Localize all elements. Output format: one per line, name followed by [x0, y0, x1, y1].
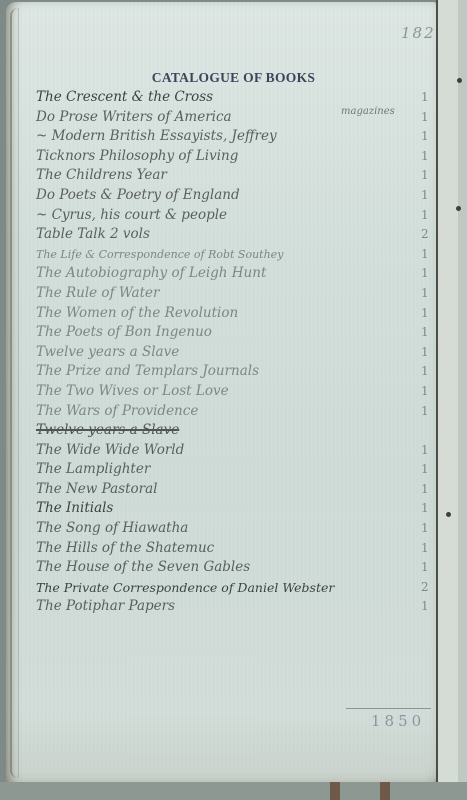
list-item: The Private Correspondence of Daniel Web… — [36, 578, 431, 598]
page-heading: CATALOGUE OF BOOKS — [0, 70, 467, 86]
list-item: The Wars of Providence1 — [36, 402, 431, 422]
list-item: The Initials1 — [36, 499, 431, 519]
list-item: The Life & Correspondence of Robt Southe… — [36, 245, 431, 265]
ink-blot-icon — [446, 512, 451, 517]
list-item: The Autobiography of Leigh Hunt1 — [36, 264, 431, 284]
book-list: The Crescent & the Cross1 Do Prose Write… — [36, 88, 431, 617]
total-rule-divider — [346, 708, 431, 709]
list-item: Table Talk 2 vols2 — [36, 225, 431, 245]
ink-blot-icon — [457, 78, 462, 83]
list-item: The Song of Hiawatha1 — [36, 519, 431, 539]
list-item: Do Poets & Poetry of England1 — [36, 186, 431, 206]
list-item: Twelve years a Slave1 — [36, 343, 431, 363]
list-item: The Poets of Bon Ingenuo1 — [36, 323, 431, 343]
list-item: The Prize and Templars Journals1 — [36, 362, 431, 382]
list-item: The Hills of the Shatemuc1 — [36, 539, 431, 559]
list-item: The Childrens Year1 — [36, 166, 431, 186]
ink-blot-icon — [456, 206, 461, 211]
list-item-struck: Twelve years a Slave — [36, 421, 431, 441]
list-item: The Women of the Revolution1 — [36, 304, 431, 324]
list-item: ~ Modern British Essayists, Jeffrey1 — [36, 127, 431, 147]
list-item: The House of the Seven Gables1 — [36, 558, 431, 578]
list-item: The Wide Wide World1 — [36, 441, 431, 461]
table-surface — [0, 782, 467, 800]
ledger-page: 1820 CATALOGUE OF BOOKS magazines The Cr… — [6, 2, 436, 790]
list-item: Ticknors Philosophy of Living1 — [36, 147, 431, 167]
list-item: The New Pastoral1 — [36, 480, 431, 500]
list-item: Do Prose Writers of America1 — [36, 108, 431, 128]
list-item: The Potiphar Papers1 — [36, 597, 431, 617]
list-item: ~ Cyrus, his court & people1 — [36, 206, 431, 226]
book-spine-edge — [436, 0, 467, 800]
list-item: The Lamplighter1 — [36, 460, 431, 480]
list-item: The Two Wives or Lost Love1 — [36, 382, 431, 402]
list-item: The Rule of Water1 — [36, 284, 431, 304]
list-item: The Crescent & the Cross1 — [36, 88, 431, 108]
year-bottom-label: 1850 — [371, 712, 425, 730]
